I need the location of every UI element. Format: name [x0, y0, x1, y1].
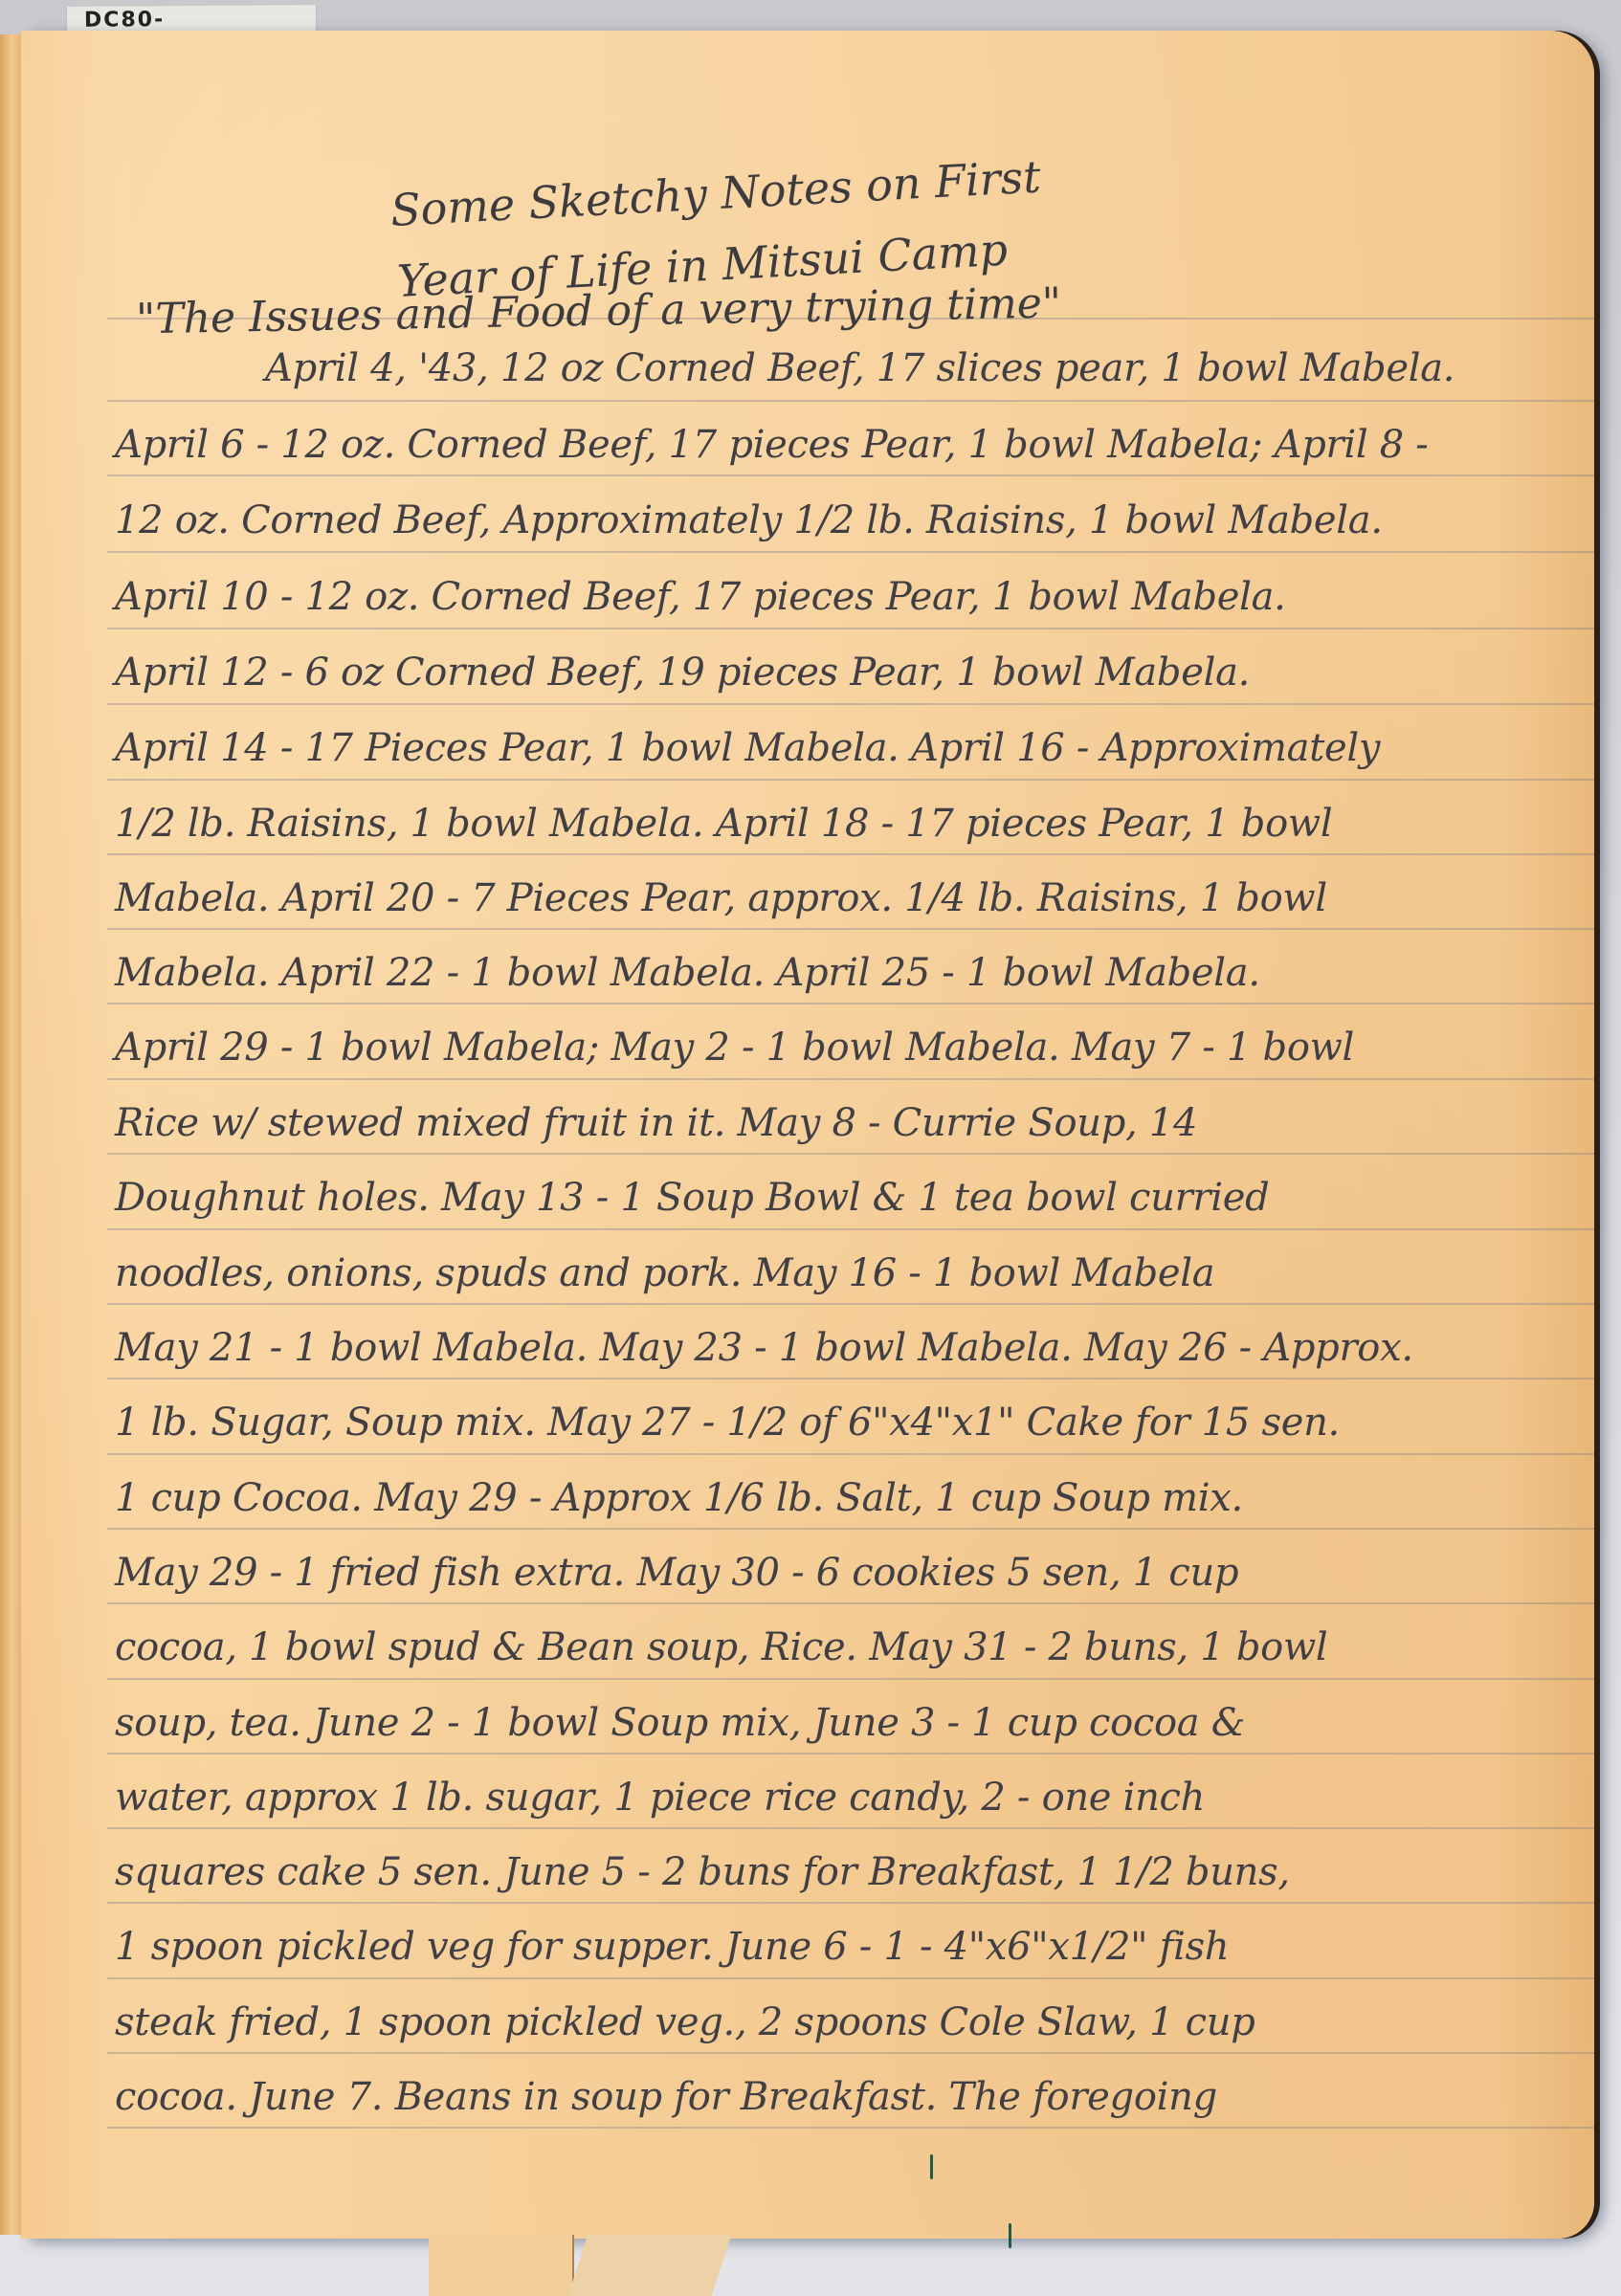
text-line: noodles, onions, spuds and pork. May 16 … — [115, 1251, 1608, 1295]
paper-fiber-mark — [1009, 2223, 1011, 2248]
text-line: April 6 - 12 oz. Corned Beef, 17 pieces … — [115, 423, 1608, 467]
ruled-line — [107, 1602, 1594, 1604]
text-line: April 10 - 12 oz. Corned Beef, 17 pieces… — [115, 575, 1608, 619]
ruled-line — [107, 1378, 1594, 1380]
archive-label-text: DC80- — [84, 8, 165, 33]
ruled-line — [107, 551, 1594, 553]
ruled-line — [107, 1678, 1594, 1680]
text-line: Doughnut holes. May 13 - 1 Soup Bowl & 1… — [115, 1176, 1608, 1220]
text-line: steak fried, 1 spoon pickled veg., 2 spo… — [115, 2000, 1608, 2044]
text-line: Rice w/ stewed mixed fruit in it. May 8 … — [115, 1101, 1608, 1145]
ruled-line — [107, 1228, 1594, 1230]
ruled-line — [107, 1827, 1594, 1829]
text-line: April 12 - 6 oz Corned Beef, 19 pieces P… — [115, 651, 1608, 695]
ruled-line — [107, 2052, 1594, 2054]
page-tab — [566, 2235, 732, 2296]
ruled-line — [107, 2127, 1594, 2129]
ruled-line — [107, 703, 1594, 705]
ruled-line — [107, 779, 1594, 781]
ruled-line — [107, 1303, 1594, 1305]
ruled-line — [107, 1003, 1594, 1004]
ruled-line — [107, 853, 1594, 855]
ruled-line — [107, 628, 1594, 629]
text-line: 1 spoon pickled veg for supper. June 6 -… — [115, 1925, 1608, 1969]
ruled-line — [107, 1528, 1594, 1530]
text-line: 1 lb. Sugar, Soup mix. May 27 - 1/2 of 6… — [115, 1401, 1608, 1445]
text-line: 1/2 lb. Raisins, 1 bowl Mabela. April 18… — [115, 802, 1608, 846]
ruled-line — [107, 475, 1594, 476]
text-line: 12 oz. Corned Beef, Approximately 1/2 lb… — [115, 498, 1608, 542]
notebook-page: Some Sketchy Notes on First Year of Life… — [21, 31, 1594, 2239]
ruled-line — [107, 1902, 1594, 1904]
text-line: soup, tea. June 2 - 1 bowl Soup mix, Jun… — [115, 1701, 1608, 1745]
text-line: May 21 - 1 bowl Mabela. May 23 - 1 bowl … — [115, 1326, 1608, 1370]
text-line: cocoa, 1 bowl spud & Bean soup, Rice. Ma… — [115, 1625, 1608, 1669]
text-line: water, approx 1 lb. sugar, 1 piece rice … — [115, 1776, 1608, 1820]
ruled-line — [107, 928, 1594, 930]
ruled-line — [107, 1977, 1594, 1979]
paper-fiber-mark — [930, 2154, 933, 2179]
text-line: Mabela. April 22 - 1 bowl Mabela. April … — [115, 951, 1608, 995]
ruled-line — [107, 1453, 1594, 1455]
text-line: Mabela. April 20 - 7 Pieces Pear, approx… — [115, 876, 1608, 920]
text-line: April 14 - 17 Pieces Pear, 1 bowl Mabela… — [115, 726, 1608, 770]
page-tab — [429, 2235, 574, 2296]
text-line: 1 cup Cocoa. May 29 - Approx 1/6 lb. Sal… — [115, 1476, 1608, 1520]
ruled-line — [107, 1153, 1594, 1155]
text-line: April 4, '43, 12 oz Corned Beef, 17 slic… — [265, 346, 1621, 390]
ruled-line — [107, 1753, 1594, 1755]
ruled-line — [107, 1078, 1594, 1080]
text-line: cocoa. June 7. Beans in soup for Breakfa… — [115, 2075, 1608, 2119]
text-line: April 29 - 1 bowl Mabela; May 2 - 1 bowl… — [115, 1026, 1608, 1070]
ruled-line — [107, 400, 1594, 402]
text-line: squares cake 5 sen. June 5 - 2 buns for … — [115, 1850, 1608, 1894]
text-line: May 29 - 1 fried fish extra. May 30 - 6 … — [115, 1551, 1608, 1595]
